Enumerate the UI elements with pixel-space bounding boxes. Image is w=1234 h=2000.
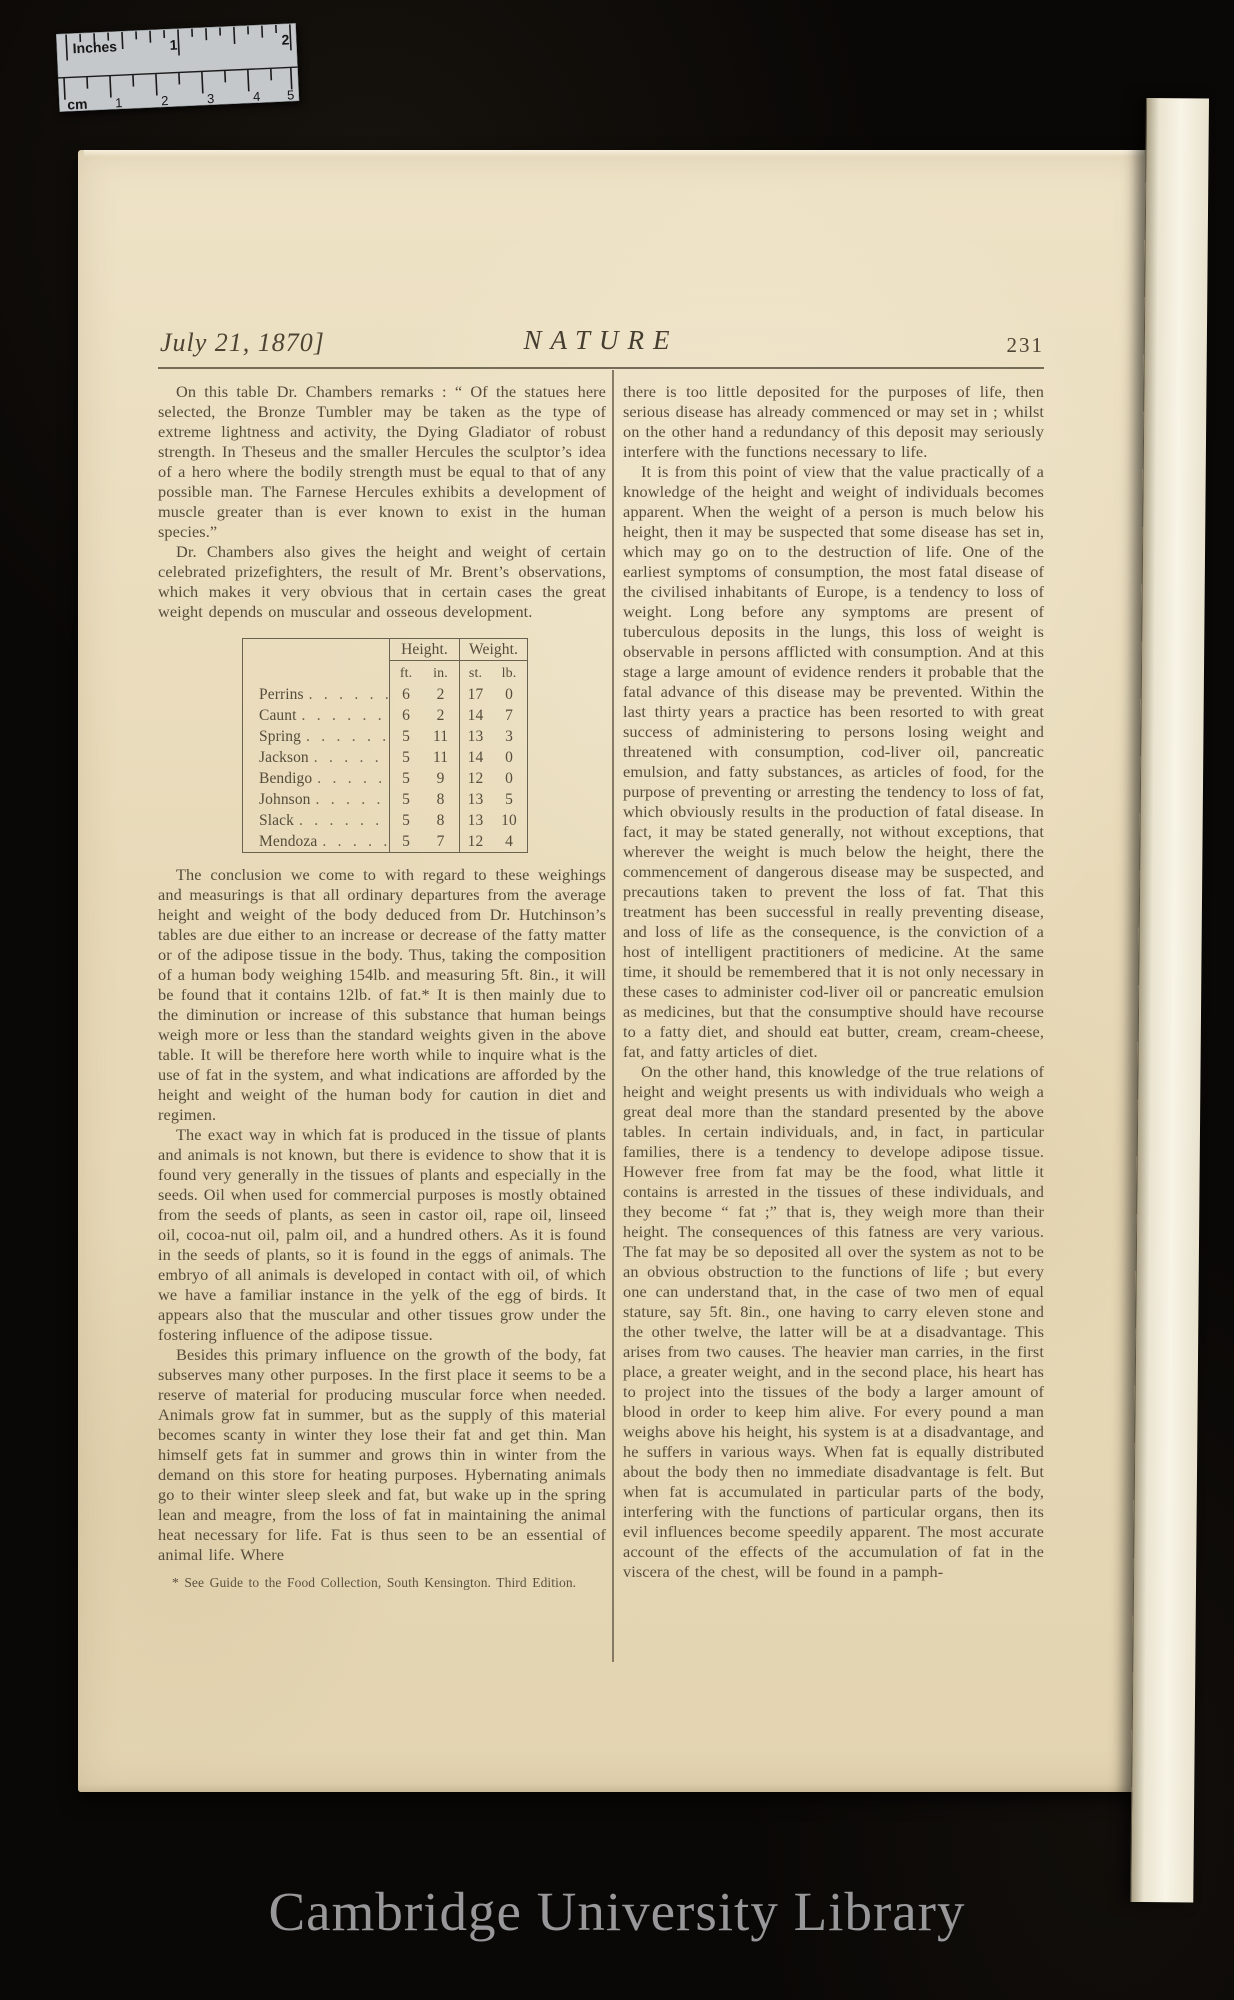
fighter-name: Mendoza: [259, 832, 317, 851]
scale-ruler: Inches 1 2 cm 1 2 3 4 5: [56, 23, 299, 112]
unit-in: in.: [422, 661, 459, 684]
weight-lb: 3: [491, 726, 527, 747]
height-in: 7: [422, 831, 459, 852]
paragraph: Dr. Chambers also gives the height and w…: [158, 542, 606, 622]
height-column-header: Height.: [389, 639, 459, 661]
weight-st: 12: [459, 768, 491, 789]
library-watermark: Cambridge University Library: [0, 1880, 1234, 1943]
height-ft: 6: [389, 684, 422, 705]
header-rule: [158, 367, 1044, 369]
weight-st: 12: [459, 831, 491, 852]
height-in: 2: [422, 684, 459, 705]
paragraph: The exact way in which fat is produced i…: [158, 1125, 606, 1345]
paragraph: It is from this point of view that the v…: [623, 462, 1044, 1062]
fighter-name: Perrins: [259, 685, 304, 704]
ruler-inch-2: 2: [281, 31, 290, 47]
height-weight-table: Height. Weight. ft. in. st. lb. Perrins.…: [242, 638, 528, 853]
height-ft: 5: [389, 747, 422, 768]
weight-st: 14: [459, 705, 491, 726]
fighter-name: Slack: [259, 811, 294, 830]
weight-lb: 5: [491, 789, 527, 810]
right-column: there is too little deposited for the pu…: [623, 382, 1044, 1582]
weight-lb: 0: [491, 747, 527, 768]
paragraph: On this table Dr. Chambers remarks : “ O…: [158, 382, 606, 542]
height-ft: 5: [389, 726, 422, 747]
weight-st: 13: [459, 789, 491, 810]
weight-lb: 7: [491, 705, 527, 726]
height-ft: 6: [389, 705, 422, 726]
unit-ft: ft.: [389, 661, 422, 684]
dot-leader: . . . . . .: [309, 685, 389, 704]
weight-lb: 4: [491, 831, 527, 852]
paragraph: The conclusion we come to with regard to…: [158, 865, 606, 1125]
dot-leader: . . . . .: [316, 790, 384, 809]
weight-st: 13: [459, 726, 491, 747]
column-divider: [612, 370, 614, 1662]
fighter-name: Jackson: [259, 748, 309, 767]
fighter-name: Bendigo: [259, 769, 312, 788]
table-corner: [243, 639, 389, 661]
journal-page: July 21, 1870] NATURE 231 On this table …: [78, 150, 1152, 1792]
ruler-inch-1: 1: [169, 37, 178, 53]
ruler-inches-label: Inches: [72, 38, 117, 56]
weight-st: 14: [459, 747, 491, 768]
weight-st: 17: [459, 684, 491, 705]
height-in: 2: [422, 705, 459, 726]
dot-leader: . . . . . . .: [302, 706, 389, 725]
dot-leader: . . . . .: [322, 832, 389, 851]
weight-lb: 10: [491, 810, 527, 831]
footnote: * See Guide to the Food Collection, Sout…: [158, 1573, 606, 1593]
height-in: 8: [422, 789, 459, 810]
ruler-cm-5: 5: [287, 87, 295, 102]
ruler-cm-2: 2: [161, 93, 169, 108]
page-number: 231: [1007, 333, 1045, 358]
dot-leader: . . . . . .: [306, 727, 389, 746]
dot-leader: . . . . . . .: [299, 811, 389, 830]
unit-lb: lb.: [491, 661, 527, 684]
left-column: On this table Dr. Chambers remarks : “ O…: [158, 382, 606, 1593]
height-in: 8: [422, 810, 459, 831]
fighter-name: Spring: [259, 727, 301, 746]
weight-st: 13: [459, 810, 491, 831]
paragraph: Besides this primary influence on the gr…: [158, 1345, 606, 1565]
height-in: 9: [422, 768, 459, 789]
ruler-cm-label: cm: [67, 96, 88, 112]
ruler-cm-1: 1: [115, 95, 123, 110]
dot-leader: . . . . . .: [314, 748, 389, 767]
photo-backdrop: Inches 1 2 cm 1 2 3 4 5 July 21, 1870] N…: [0, 0, 1234, 2000]
height-ft: 5: [389, 810, 422, 831]
height-in: 11: [422, 726, 459, 747]
paragraph: there is too little deposited for the pu…: [623, 382, 1044, 462]
weight-lb: 0: [491, 768, 527, 789]
fighter-name: Johnson: [259, 790, 311, 809]
height-ft: 5: [389, 831, 422, 852]
page-header: July 21, 1870] NATURE 231: [158, 318, 1044, 358]
paragraph: On the other hand, this knowledge of the…: [623, 1062, 1044, 1582]
height-ft: 5: [389, 789, 422, 810]
unit-st: st.: [459, 661, 491, 684]
fighter-name: Caunt: [259, 706, 297, 725]
journal-title: NATURE: [158, 325, 1044, 356]
height-ft: 5: [389, 768, 422, 789]
ruler-cm-4: 4: [253, 89, 261, 104]
ruler-cm-3: 3: [207, 91, 215, 106]
height-in: 11: [422, 747, 459, 768]
weight-lb: 0: [491, 684, 527, 705]
dot-leader: . . . . .: [317, 769, 385, 788]
weight-column-header: Weight.: [459, 639, 527, 661]
